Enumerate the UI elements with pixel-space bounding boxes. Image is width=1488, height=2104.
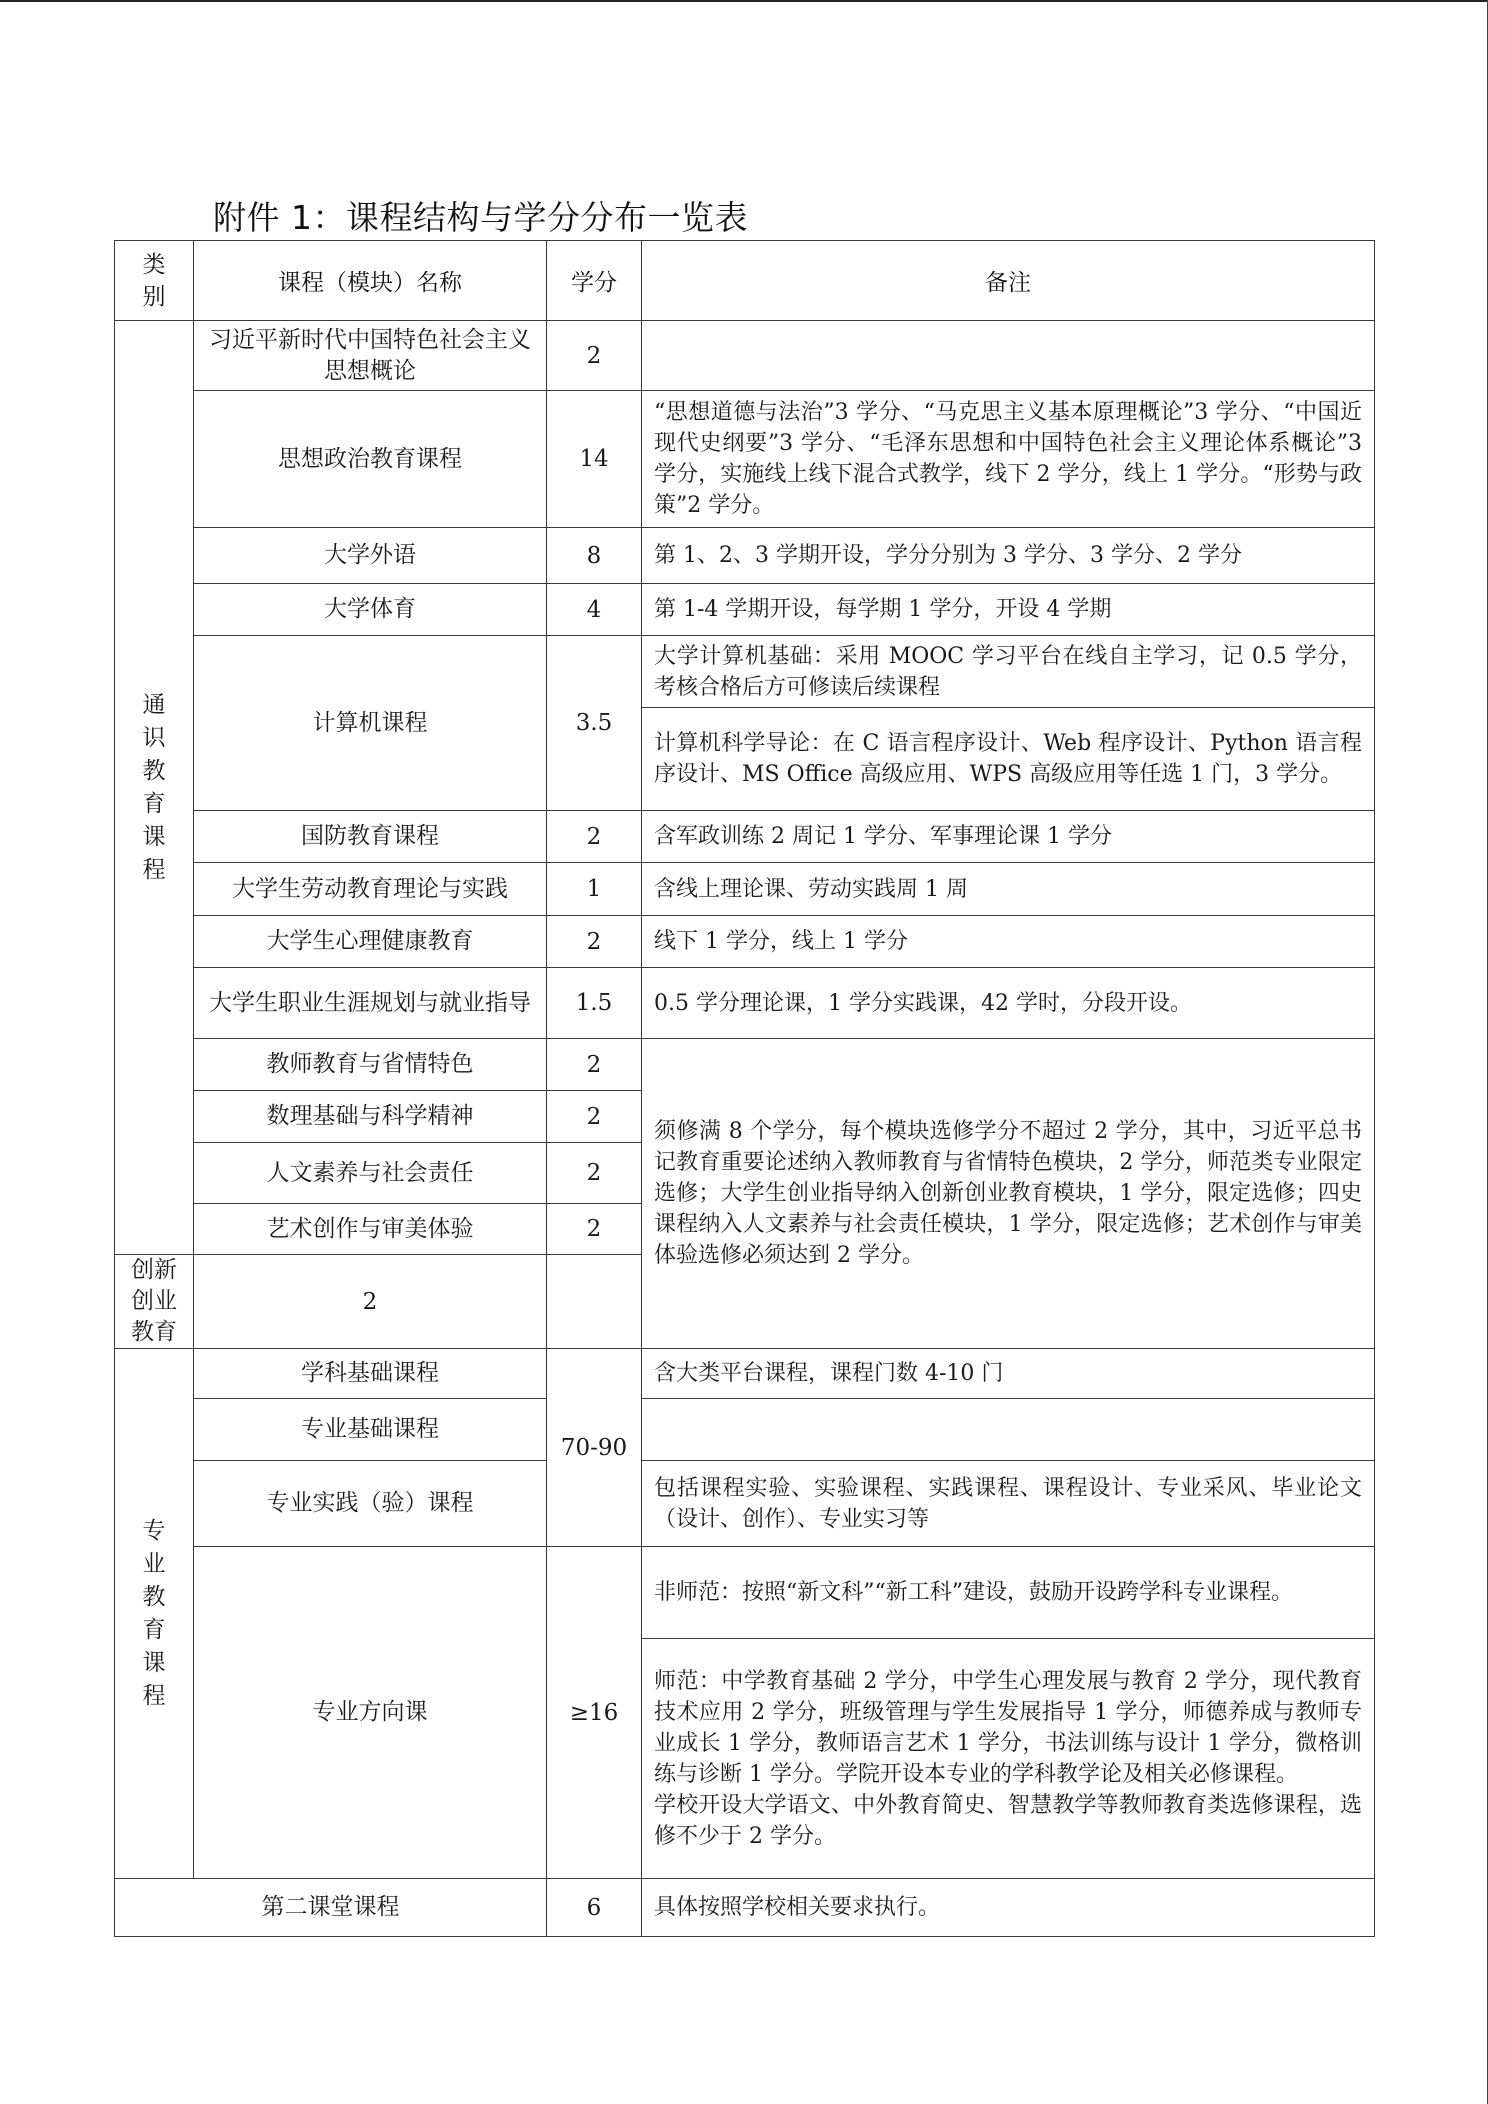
course-name: 大学外语 [194,528,547,584]
elective-modules-note: 须修满 8 个学分，每个模块选修学分不超过 2 学分，其中，习近平总书记教育重要… [642,1039,1375,1349]
table-row: 教师教育与省情特色 2 须修满 8 个学分，每个模块选修学分不超过 2 学分，其… [115,1039,1375,1091]
table-row: 思想政治教育课程 14 “思想道德与法治”3 学分、“马克思主义基本原理概论”3… [115,391,1375,528]
category-professional-education: 专业教育课程 [115,1349,194,1879]
table-row: 专业方向课 ≥16 非师范：按照“新文科”“新工科”建设，鼓励开设跨学科专业课程… [115,1547,1375,1639]
course-note: 第 1、2、3 学期开设，学分分别为 3 学分、3 学分、2 学分 [642,528,1375,584]
course-note: 含军政训练 2 周记 1 学分、军事理论课 1 学分 [642,811,1375,863]
course-note: “思想道德与法治”3 学分、“马克思主义基本原理概论”3 学分、“中国近现代史纲… [642,391,1375,528]
course-name: 大学生劳动教育理论与实践 [194,863,547,916]
table-row: 大学体育 4 第 1-4 学期开设，每学期 1 学分，开设 4 学期 [115,584,1375,636]
table-row: 大学外语 8 第 1、2、3 学期开设，学分分别为 3 学分、3 学分、2 学分 [115,528,1375,584]
module-credits: 2 [547,1039,642,1091]
course-credits: 8 [547,528,642,584]
header-course-name: 课程（模块）名称 [194,241,547,321]
course-name: 大学生心理健康教育 [194,916,547,968]
direction-note-electives: 学校开设大学语文、中外教育简史、智慧教学等教师教育类选修课程，选修不少于 2 学… [654,1790,1362,1852]
direction-note-normal: 师范：中学教育基础 2 学分，中学生心理发展与教育 2 学分，现代教育技术应用 … [642,1639,1375,1879]
course-note: 包括课程实验、实验课程、实践课程、课程设计、专业采风、毕业论文（设计、创作）、专… [642,1461,1375,1547]
page-top-border [0,0,1488,2]
course-note: 0.5 学分理论课，1 学分实践课，42 学时，分段开设。 [642,968,1375,1039]
core-credits: 70-90 [547,1349,642,1547]
module-credits: 2 [547,1091,642,1143]
course-credits: 1 [547,863,642,916]
course-credits: 2 [547,916,642,968]
course-note: 大学计算机基础：采用 MOOC 学习平台在线自主学习，记 0.5 学分，考核合格… [642,636,1375,708]
table-header-row: 类别 课程（模块）名称 学分 备注 [115,241,1375,321]
module-credits: 2 [194,1255,547,1349]
course-note: 计算机科学导论：在 C 语言程序设计、Web 程序设计、Python 语言程序设… [642,708,1375,811]
course-credits: 3.5 [547,636,642,811]
course-name: 习近平新时代中国特色社会主义思想概论 [194,321,547,391]
course-name: 专业实践（验）课程 [194,1461,547,1547]
direction-note-normal-text: 师范：中学教育基础 2 学分，中学生心理发展与教育 2 学分，现代教育技术应用 … [654,1666,1362,1790]
document-title: 附件 1：课程结构与学分分布一览表 [213,192,748,239]
course-credits: 2 [547,321,642,391]
direction-credits: ≥16 [547,1547,642,1879]
header-notes: 备注 [642,241,1375,321]
table-row: 第二课堂课程 6 具体按照学校相关要求执行。 [115,1879,1375,1937]
header-category: 类别 [115,241,194,321]
course-credits: 2 [547,811,642,863]
course-note: 含大类平台课程，课程门数 4-10 门 [642,1349,1375,1399]
category-general-education: 通识教育课程 [115,321,194,1255]
course-name: 第二课堂课程 [115,1879,547,1937]
table-row: 通识教育课程 习近平新时代中国特色社会主义思想概论 2 [115,321,1375,391]
table-row: 计算机课程 3.5 大学计算机基础：采用 MOOC 学习平台在线自主学习，记 0… [115,636,1375,708]
table-row: 国防教育课程 2 含军政训练 2 周记 1 学分、军事理论课 1 学分 [115,811,1375,863]
module-name: 数理基础与科学精神 [194,1091,547,1143]
header-credits: 学分 [547,241,642,321]
course-note: 具体按照学校相关要求执行。 [642,1879,1375,1937]
course-name: 学科基础课程 [194,1349,547,1399]
module-name: 创新创业教育 [115,1255,194,1349]
module-name: 教师教育与省情特色 [194,1039,547,1091]
course-credits: 14 [547,391,642,528]
course-name: 国防教育课程 [194,811,547,863]
course-note [642,1399,1375,1461]
table-row: 大学生心理健康教育 2 线下 1 学分，线上 1 学分 [115,916,1375,968]
curriculum-credit-table: 类别 课程（模块）名称 学分 备注 通识教育课程 习近平新时代中国特色社会主义思… [114,240,1375,1937]
table-row: 大学生劳动教育理论与实践 1 含线上理论课、劳动实践周 1 周 [115,863,1375,916]
module-name: 人文素养与社会责任 [194,1143,547,1204]
module-credits: 2 [547,1204,642,1255]
course-name: 专业基础课程 [194,1399,547,1461]
course-name: 大学生职业生涯规划与就业指导 [194,968,547,1039]
course-name: 计算机课程 [194,636,547,811]
course-credits: 4 [547,584,642,636]
direction-note-non-normal: 非师范：按照“新文科”“新工科”建设，鼓励开设跨学科专业课程。 [642,1547,1375,1639]
table-row: 专业实践（验）课程 包括课程实验、实验课程、实践课程、课程设计、专业采风、毕业论… [115,1461,1375,1547]
module-credits: 2 [547,1143,642,1204]
course-credits: 6 [547,1879,642,1937]
course-note: 含线上理论课、劳动实践周 1 周 [642,863,1375,916]
course-note [642,321,1375,391]
table-row: 专业基础课程 [115,1399,1375,1461]
course-credits: 1.5 [547,968,642,1039]
course-note: 第 1-4 学期开设，每学期 1 学分，开设 4 学期 [642,584,1375,636]
course-note: 线下 1 学分，线上 1 学分 [642,916,1375,968]
table-row: 大学生职业生涯规划与就业指导 1.5 0.5 学分理论课，1 学分实践课，42 … [115,968,1375,1039]
module-name: 艺术创作与审美体验 [194,1204,547,1255]
table-row: 专业教育课程 学科基础课程 70-90 含大类平台课程，课程门数 4-10 门 [115,1349,1375,1399]
course-name: 专业方向课 [194,1547,547,1879]
course-name: 大学体育 [194,584,547,636]
course-name: 思想政治教育课程 [194,391,547,528]
